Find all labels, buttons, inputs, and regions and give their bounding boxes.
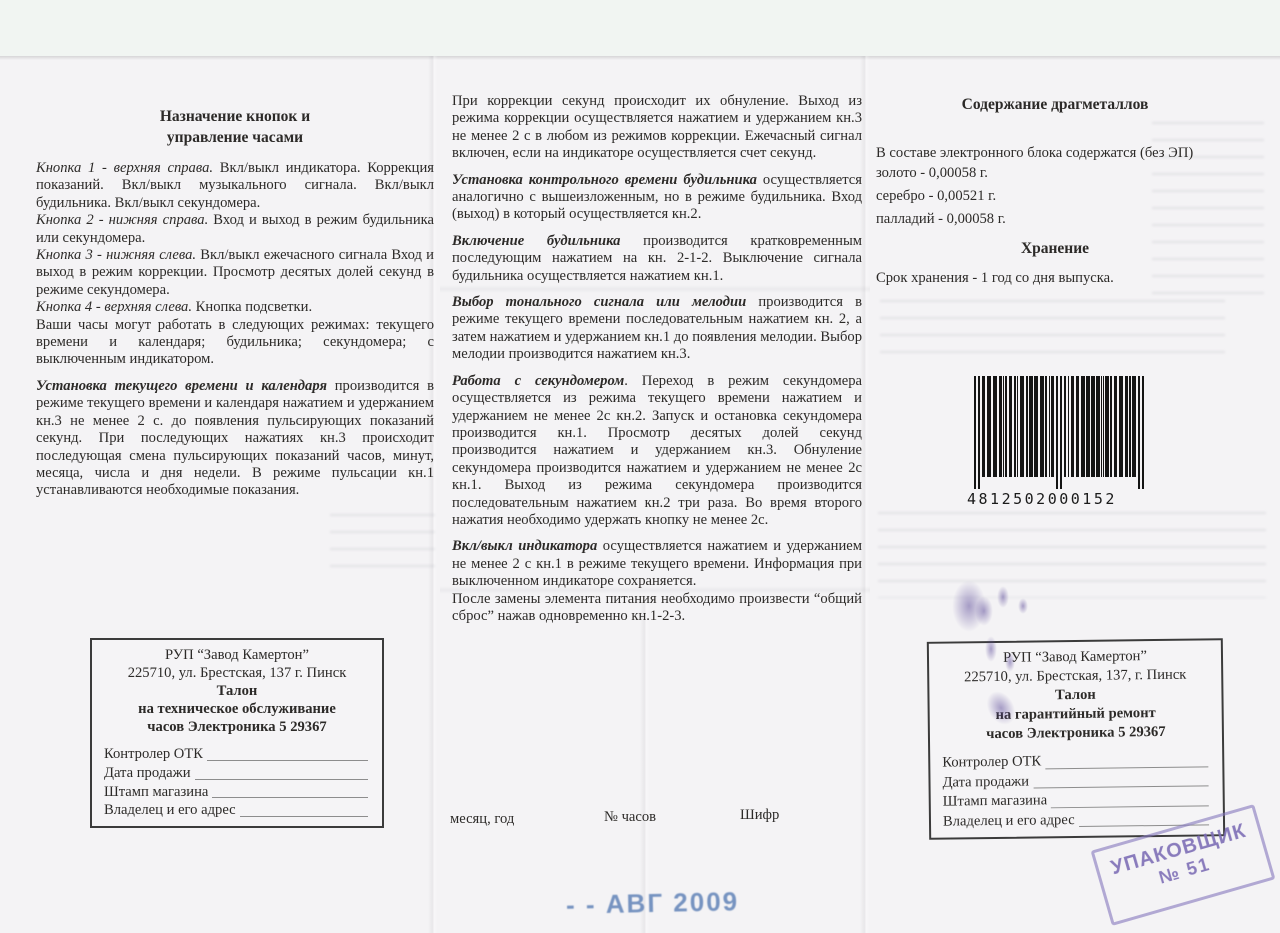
- metal-line-gold: золото - 0,00058 г.: [876, 162, 1234, 185]
- paragraph-lead: Установка текущего времени и календаря: [36, 378, 327, 394]
- footer-label-cipher: Шифр: [740, 807, 779, 824]
- barcode-bar: [982, 376, 985, 477]
- paragraph-alarm-time: Установка контрольного времени будильник…: [452, 172, 862, 224]
- paragraph-lead: Включение будильника: [452, 233, 620, 249]
- button-usage-entry: Кнопка 4 - верхняя слева. Кнопка подсвет…: [36, 299, 434, 316]
- barcode-bar: [1114, 376, 1117, 477]
- paragraph-rest: После замены элемента питания необходимо…: [452, 591, 862, 624]
- button-usage-entry: Кнопка 1 - верхняя справа. Вкл/выкл инди…: [36, 160, 434, 212]
- ink-smudge: [975, 596, 993, 626]
- paragraph-lead: Работа с секундомером: [452, 373, 624, 389]
- coupon-field-row: Владелец и его адрес: [104, 801, 370, 820]
- barcode-bar: [1014, 376, 1016, 477]
- date-stamp: - - АВГ 2009: [566, 886, 740, 921]
- button-usage-entry: Кнопка 3 - нижняя слева. Вкл/выкл ежечас…: [36, 247, 434, 299]
- barcode-bar: [978, 376, 980, 489]
- coupon-fill-line: [1051, 805, 1209, 808]
- coupon-fill-line: [195, 779, 368, 780]
- coupon-spacer: [104, 736, 370, 745]
- metals-intro: В составе электронного блока содержатся …: [876, 144, 1234, 162]
- barcode-bar: [1051, 376, 1054, 477]
- paragraph-rest: . Переход в режим секундомера осуществля…: [452, 373, 862, 528]
- barcode-bar: [1029, 376, 1033, 477]
- barcode-bar: [1040, 376, 1044, 477]
- paragraph-reset: После замены элемента питания необходимо…: [452, 591, 862, 626]
- coupon-org: РУП “Завод Камертон”: [104, 646, 370, 664]
- coupon-address: 225710, ул. Брестская, 137, г. Пинск: [941, 665, 1209, 687]
- coupon-field-row: Дата продажи: [104, 764, 370, 783]
- coupon-field-label: Дата продажи: [942, 772, 1029, 793]
- barcode-bar: [1119, 376, 1123, 477]
- paragraph-lead: Установка контрольного времени будильник…: [452, 172, 757, 188]
- barcode-bar: [1017, 376, 1018, 477]
- barcode-bar: [1142, 376, 1144, 489]
- ean-barcode: 4812502000152: [974, 376, 1144, 508]
- barcode-bar: [974, 376, 976, 489]
- barcode-bar: [1071, 376, 1074, 477]
- ink-smudge: [997, 586, 1009, 608]
- coupon-fill-line: [207, 760, 368, 761]
- service-coupon: РУП “Завод Камертон” 225710, ул. Брестск…: [90, 638, 384, 828]
- coupon-field-label: Владелец и его адрес: [104, 801, 236, 820]
- column-title: Назначение кнопок и управление часами: [36, 106, 434, 148]
- fold-crease: [640, 600, 650, 933]
- barcode-bar: [1125, 376, 1128, 477]
- footer-label-watch-no: № часов: [604, 809, 656, 826]
- barcode-bar: [1060, 376, 1062, 489]
- metals-section-title: Содержание драгметаллов: [876, 94, 1234, 115]
- coupon-title: Талон: [104, 682, 370, 700]
- bleed-through: [878, 512, 1266, 598]
- barcode-bar: [1026, 376, 1028, 477]
- paper-top-edge: [0, 56, 1280, 60]
- paragraph-melody: Выбор тонального сигнала или мелодии про…: [452, 294, 862, 364]
- barcode-bar: [1020, 376, 1024, 477]
- barcode-bar: [987, 376, 991, 477]
- storage-text: Срок хранения - 1 год со дня выпуска.: [876, 270, 1234, 287]
- barcode-bar: [1009, 376, 1012, 477]
- button-usage-entry: Кнопка 2 - нижняя справа. Вход и выход в…: [36, 212, 434, 247]
- paragraph-stopwatch: Работа с секундомером. Переход в режим с…: [452, 373, 862, 530]
- coupon-field-row: Штамп магазина: [104, 783, 370, 802]
- button-entry-lead: Кнопка 3 - нижняя слева.: [36, 247, 196, 263]
- coupon-fill-line: [240, 816, 368, 817]
- barcode-bar: [1064, 376, 1066, 477]
- coupon-fill-line: [212, 797, 368, 798]
- column-title-line: Назначение кнопок и: [36, 106, 434, 127]
- set-time-paragraph: Установка текущего времени и календаря п…: [36, 378, 434, 500]
- footer-label-month-year: месяц, год: [450, 811, 514, 828]
- barcode-bar: [1091, 376, 1095, 477]
- button-entry-lead: Кнопка 2 - нижняя справа.: [36, 212, 208, 228]
- middle-column: При коррекции секунд происходит их обнул…: [452, 93, 862, 625]
- scanned-manual-page: Назначение кнопок и управление часами Кн…: [0, 0, 1280, 933]
- barcode-bar: [1056, 376, 1058, 489]
- ink-smudge: [985, 636, 997, 662]
- right-column: Содержание драгметаллов В составе электр…: [876, 94, 1234, 287]
- coupon-field-label: Дата продажи: [104, 764, 191, 783]
- barcode-bar: [1081, 376, 1085, 477]
- barcode-bar: [1086, 376, 1090, 477]
- coupon-field-label: Штамп магазина: [104, 783, 208, 802]
- barcode-bar: [1110, 376, 1112, 477]
- coupon-field-row: Контролер ОТК: [104, 745, 370, 764]
- metal-line-silver: серебро - 0,00521 г.: [876, 185, 1234, 208]
- barcode-bar: [1076, 376, 1079, 477]
- coupon-subtitle: на техническое обслуживание: [104, 700, 370, 718]
- barcode-bar: [1138, 376, 1140, 489]
- metal-line-palladium: палладий - 0,00058 г.: [876, 208, 1234, 231]
- column-title-line: управление часами: [36, 127, 434, 148]
- barcode-bars: [974, 376, 1144, 489]
- paragraph-rest: При коррекции секунд происходит их обнул…: [452, 93, 862, 161]
- ink-smudge: [1018, 598, 1028, 614]
- ink-smudge: [1005, 652, 1015, 672]
- coupon-field-label: Владелец и его адрес: [943, 811, 1075, 832]
- barcode-bar: [1045, 376, 1047, 477]
- barcode-bar: [1034, 376, 1038, 477]
- button-entry-lead: Кнопка 1 - верхняя справа.: [36, 160, 213, 176]
- barcode-bar: [1068, 376, 1069, 477]
- coupon-product: часов Электроника 5 29367: [104, 718, 370, 736]
- barcode-bar: [1129, 376, 1131, 477]
- barcode-bar: [1101, 376, 1102, 477]
- modes-paragraph: Ваши часы могут работать в следующих реж…: [36, 317, 434, 369]
- bleed-through: [880, 300, 1225, 366]
- paragraph-display: Вкл/выкл индикатора осуществляется нажат…: [452, 538, 862, 590]
- barcode-bar: [1096, 376, 1100, 477]
- barcode-digits: 4812502000152: [967, 490, 1144, 508]
- paragraph-lead: Выбор тонального сигнала или мелодии: [452, 294, 746, 310]
- button-entry-rest: Кнопка подсветки.: [192, 299, 312, 315]
- barcode-bar: [1003, 376, 1004, 477]
- scanner-background: [0, 0, 1280, 56]
- barcode-bar: [1049, 376, 1050, 477]
- barcode-bar: [999, 376, 1002, 477]
- coupon-fill-line: [1045, 766, 1208, 769]
- coupon-address: 225710, ул. Брестская, 137 г. Пинск: [104, 664, 370, 682]
- left-column: Назначение кнопок и управление часами Кн…: [36, 106, 434, 500]
- paragraph-correction: При коррекции секунд происходит их обнул…: [452, 93, 862, 163]
- barcode-bar: [993, 376, 997, 477]
- barcode-bar: [1105, 376, 1109, 477]
- coupon-field-label: Контролер ОТК: [104, 745, 203, 764]
- storage-section-title: Хранение: [876, 238, 1234, 259]
- paragraph-rest: производится в режиме текущего времени и…: [36, 378, 434, 498]
- coupon-field-label: Штамп магазина: [943, 792, 1048, 813]
- bleed-through: [330, 514, 435, 572]
- paragraph-alarm-on: Включение будильника производится кратко…: [452, 233, 862, 285]
- button-entry-lead: Кнопка 4 - верхняя слева.: [36, 299, 192, 315]
- paragraph-lead: Вкл/выкл индикатора: [452, 538, 597, 554]
- warranty-coupon: РУП “Завод Камертон” 225710, ул. Брестск…: [927, 638, 1225, 840]
- barcode-bar: [1103, 376, 1104, 477]
- barcode-bar: [1005, 376, 1007, 477]
- coupon-field-label: Контролер ОТК: [942, 752, 1041, 773]
- barcode-bar: [1132, 376, 1136, 477]
- coupon-fill-line: [1033, 786, 1208, 789]
